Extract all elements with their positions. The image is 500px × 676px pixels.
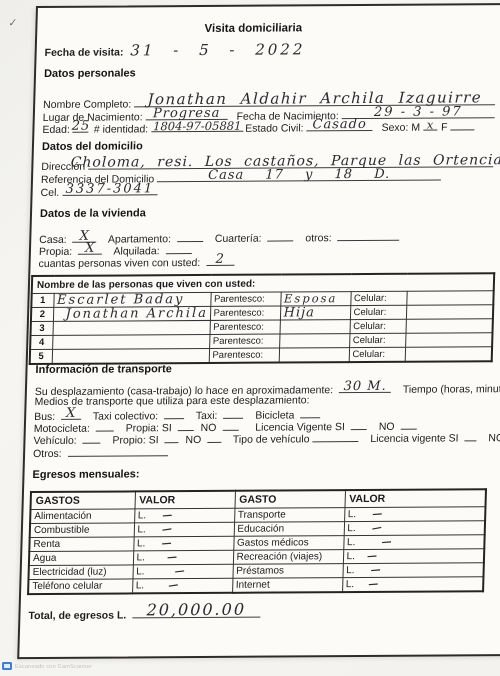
edad-label: Edad: [42,124,70,136]
cuantas-value: 2 [215,253,225,266]
estado-civil-value: Casado [312,118,367,131]
currency-label: L. [347,523,356,534]
egresos-header-gastos: GASTOS [30,491,135,509]
alquilada-blank [165,242,191,254]
egreso-left-label: Combustible [30,523,134,538]
fecha-visita-label: Fecha de visita: [44,46,123,58]
persona-parentesco [279,348,349,363]
egreso-left-label: Alimentación [30,509,134,524]
egreso-row: Teléfono celular L.— Internet L.— [28,577,483,594]
identidad-value: 1804-97-05881 [153,120,242,132]
cel-label: Cel. [40,187,59,199]
celular-label: Celular: [350,319,406,333]
persona-parentesco: Esposa [284,291,338,305]
egreso-left-value: — [161,524,172,536]
vehiculo-blank [83,432,101,444]
otros-label: Otros: [33,448,62,460]
currency-label: L. [346,565,355,576]
vehiculo-si-blank [164,431,178,443]
currency-label: L. [136,566,145,577]
egreso-left-value: — [174,566,185,578]
bicicleta-blank [300,406,320,418]
currency-label: L. [346,551,355,562]
persona-parentesco [280,320,350,334]
scanned-document: ✓ Visita domiciliaria Fecha de visita: 3… [0,0,500,676]
egreso-left-label: Teléfono celular [28,579,132,594]
celular-label: Celular: [350,305,406,319]
personas-table: Nombre de las personas que viven con ust… [29,272,496,365]
egreso-right-value: — [367,551,377,563]
egresos-header-valor1: VALOR [134,491,235,509]
egreso-right-label: Préstamos [232,564,342,579]
persona-celular [406,305,493,320]
egreso-right-label: Gastos médicos [233,536,343,551]
persona-celular [405,347,492,362]
camscanner-icon [2,662,12,670]
persona-parentesco: Hija [283,305,315,320]
persona-num: 1 [31,293,53,307]
desplazamiento-value: 30 M. [343,380,386,393]
egreso-left-value: — [168,580,179,592]
desplazamiento-blank: 30 M. [339,381,391,393]
otros-blank [68,444,168,457]
egreso-left-value: — [161,538,171,550]
egresos-heading: Egresos mensuales: [32,468,139,481]
celular-label: Celular: [349,347,405,362]
egreso-left-value: — [167,552,177,564]
egreso-left-label: Agua [29,551,133,566]
celular-label: Celular: [350,291,406,305]
currency-label: L. [348,509,357,520]
cel-value: 3337-3041 [65,182,154,196]
cel-blank: 3337-3041 [62,183,157,196]
bus-blank: X [61,408,81,420]
page-title: Visita domiciliaria [37,21,469,36]
egreso-left-label: Renta [29,537,133,552]
licencia2-si-blank [464,429,476,441]
sexo-f-label: F [441,121,448,133]
transporte-heading: Información de transporte [35,363,172,376]
moto-propia-si-blank [178,419,194,431]
persona-celular [405,333,492,348]
vehiculo-no-blank [207,431,221,443]
parentesco-label: Parentesco: [210,292,280,306]
watermark-text: Escaneado con CamScanner [15,663,92,669]
edad-line: Edad: 25 # identidad: 1804-97-05881 Esta… [42,118,494,136]
parentesco-label: Parentesco: [210,306,280,320]
datos-personales-heading: Datos personales [44,67,136,80]
total-blank: 20,000.00 [132,603,260,619]
egreso-right-value: — [368,579,378,591]
taxi-colectivo-blank [164,407,184,419]
sexo-label: Sexo: M [381,122,420,134]
sexo-f-blank [450,118,474,130]
fecha-nacimiento-value: 29 - 3 - 97 [374,105,463,119]
egreso-left-value: — [162,510,172,522]
currency-label: L. [137,538,146,549]
persona-name [53,320,210,335]
persona-num: 5 [30,349,52,364]
persona-parentesco [279,334,349,348]
moto-no-blank [222,419,238,431]
egreso-right-label: Recreación (viajes) [233,550,343,565]
domicilio-heading: Datos del domicilio [42,140,143,153]
cuarteria-blank [267,229,293,241]
licencia-no-blank [400,418,416,430]
egreso-right-value: — [381,537,391,549]
currency-label: L. [347,537,356,548]
taxi-blank [223,407,243,419]
persona-celular [406,291,493,306]
sexo-m-mark: x [427,119,434,131]
cuantas-label: cuantas personas viven con usted: [38,257,200,270]
egreso-right-label: Educación [234,522,344,537]
edad-value: 25 [72,120,91,133]
egresos-table: GASTOS VALOR GASTO VALOR Alimentación L.… [27,488,487,595]
propia-mark: X [85,242,96,255]
persona-num: 2 [31,307,53,321]
egresos-header-valor2: VALOR [344,489,486,507]
persona-name: Jonathan Archila [65,306,208,322]
parentesco-label: Parentesco: [210,320,280,334]
cel-line: Cel. 3337-3041 [40,183,190,199]
cuantas-blank: 2 [206,254,234,266]
referencia-blank: Casa 17 y 18 D. [157,169,441,183]
currency-label: L. [136,552,145,563]
fecha-visita-value: 31 - 5 - 2022 [130,40,306,59]
referencia-value: Casa 17 y 18 D. [208,168,391,182]
total-label: Total, de egresos L. [28,609,126,622]
currency-label: L. [137,524,146,535]
otros-vivienda-blank [337,229,399,241]
egresos-header-gasto: GASTO [234,490,345,508]
pen-mark: ✓ [7,17,17,29]
edad-blank: 25 [73,121,89,133]
egreso-left-label: Electricidad (luz) [28,565,132,580]
currency-label: L. [138,510,147,521]
fecha-visita-line: Fecha de visita: 31 - 5 - 2022 [44,41,496,59]
licencia2-no-label: NO [488,432,500,444]
persona-num: 3 [31,321,53,335]
currency-label: L. [136,580,145,591]
apartamento-blank [177,230,203,242]
estado-civil-label: Estado Civil: [245,122,304,134]
identidad-label: # identidad: [94,123,149,135]
persona-celular [405,319,492,334]
total-value: 20,000.00 [146,602,246,619]
identidad-blank: 1804-97-05881 [151,120,243,133]
persona-num: 4 [30,335,52,349]
egreso-right-label: Internet [232,578,342,593]
parentesco-label: Parentesco: [209,334,279,348]
total-line: Total, de egresos L. 20,000.00 [28,601,481,622]
parentesco-label: Parentesco: [209,348,279,363]
currency-label: L. [346,579,355,590]
celular-label: Celular: [349,333,405,347]
watermark: Escaneado con CamScanner [2,661,139,671]
licencia-si-blank [351,418,367,430]
vivienda-heading: Datos de la vivienda [40,207,146,220]
cuantas-line: cuantas personas viven con usted: 2 [38,252,490,270]
persona-name [52,334,209,349]
form-page: Visita domiciliaria Fecha de visita: 31 … [17,3,500,659]
sexo-m-blank: x [423,119,437,131]
motocicleta-blank [96,420,114,432]
tipo-vehiculo-blank [312,430,358,442]
egreso-right-value: — [370,565,380,577]
persona-row: 5 Parentesco: Celular: [30,347,492,364]
otros-line: Otros: [33,442,485,460]
persona-name [52,348,209,363]
estado-civil-blank: Casado [306,119,372,131]
propia-blank: X [78,243,102,255]
egreso-right-label: Transporte [234,508,344,523]
egreso-right-value: — [372,509,382,521]
egreso-right-value: — [371,522,382,535]
bus-mark: X [66,407,77,420]
